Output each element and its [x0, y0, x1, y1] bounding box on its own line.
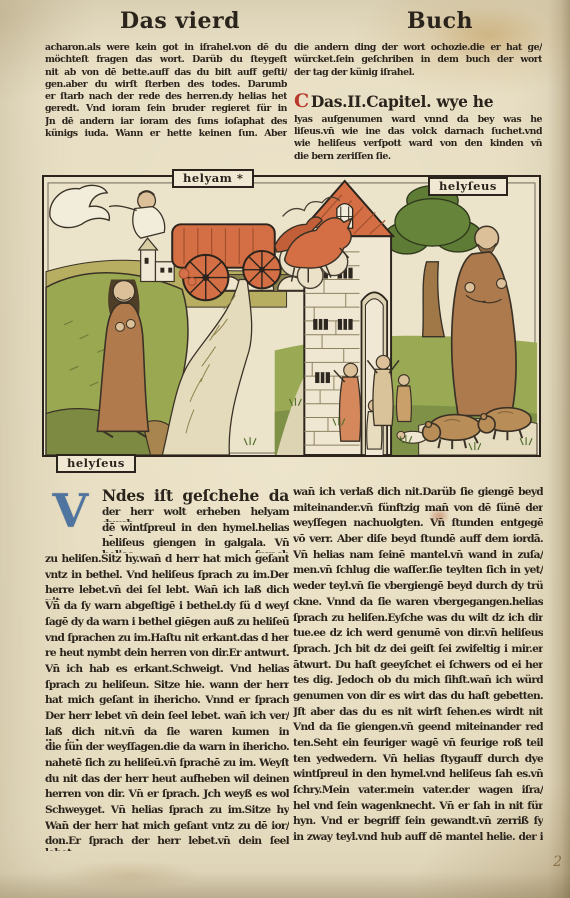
text-line: ckne. Vnnd da ſie waren vbergegangen.hel…: [293, 596, 543, 612]
text-line: re heut nymbt dein herren von dir.Er ant…: [45, 647, 289, 663]
text-line: die ſün der weyſſagen.die da warn in ihe…: [45, 741, 289, 757]
flame: [188, 278, 196, 286]
text-line: Schweyget. Vn̄ helias ſprach zu im.Sitze…: [45, 804, 289, 820]
text-line: herre lebet.vn̄ dei ſel lebt. Wan̄ ich l…: [45, 584, 289, 600]
text-line: Vnd da ſie giengen.vn̄ geend miteinander…: [293, 721, 543, 737]
text-line: nit ab von dē bette.auff das du biſt auf…: [45, 67, 287, 79]
text-line: der tag der künig iſrahel.: [294, 67, 542, 79]
bottom-left-text-column: V Ndes iſt geſchehe da der herr wolt erh…: [45, 486, 289, 851]
text-line: laß dich nit.vn̄ da ſie waren kumen in i…: [45, 726, 289, 742]
text-line: Vn̄ helias nam ſeinē mantel.vn̄ wand in …: [293, 549, 543, 565]
text-line: ſprach. Jch bit dz dei geiſt ſei zwifelt…: [293, 643, 543, 659]
text-line: künigs iuda. Wann er hette keinen ſun. A…: [45, 128, 287, 140]
woodcut-frame: [42, 175, 541, 457]
woodcut-illustration: [44, 177, 539, 455]
text-line: weyſſegen nachuolgten. Vn̄ ſtunden entge…: [293, 517, 543, 533]
top-right-text-column: die andern ding der wort ochozie.die er …: [294, 42, 542, 163]
text-line: tue.ee dz ich werd genumē von dir.vn̄ he…: [293, 627, 543, 643]
text-line: gen.aber du wirſt ſterben des todes. Dar…: [45, 79, 287, 91]
text-line: Jn dē andern iar ioram des ſuns ioſaphat…: [45, 116, 287, 128]
text-line: geredt. Vnd ioram ſein bruder regieret f…: [45, 103, 287, 115]
text-line: vō verr. Aber diſe beyd ſtundē auff dem …: [293, 533, 543, 549]
text-line: men.vn̄ ſchlug die waſſer.ſie teylten ſi…: [293, 564, 543, 580]
text-line: Vn̄ ich hab es erkant.Schweigt. Vnd heli…: [45, 663, 289, 679]
label-banner-helyseus-top: helyſeus: [428, 177, 508, 196]
text-line: dē wintſpreul in den hymel.helias vn̄: [102, 522, 289, 538]
text-line: vntz in bethel. Vnd heliſeus ſprach zu i…: [45, 569, 289, 585]
text-line: wie heliſeus verſpott ward von den kinde…: [294, 138, 542, 150]
text-line: wintſpreul in den hymel.vnd heliſeus ſah…: [293, 768, 543, 784]
label-banner-helyam: helyam *: [172, 169, 254, 188]
book-page: Das vierd Buch acharon.als were kein got…: [0, 0, 570, 898]
lombard-initial: V: [45, 488, 95, 538]
text-line: herren von dir. Vn̄ er ſprach. Jch weyß …: [45, 788, 289, 804]
bottom-right-text-column: wan̄ ich verlaß dich nit.Darüb ſie gieng…: [293, 486, 543, 847]
text-line: weder teyl.vn̄ ſie vbergiengē beyd durch…: [293, 580, 543, 596]
text-line: hel vnd ſein wagenknecht. Vn̄ er ſah in …: [293, 800, 543, 816]
text-line: heliſeus giengen in galgala. Vn̄ helias …: [102, 537, 289, 553]
text-line: zu heliſen.Sitz hy.wan̄ d herr hat mich …: [45, 553, 289, 569]
text-line: liſeus.vn̄ wie ine das volck darnach ſuc…: [294, 126, 542, 138]
text-line: wan̄ ich verlaß dich nit.Darüb ſie gieng…: [293, 486, 543, 502]
text-line: Jſt aber das du es nit wirſt ſehen.es wi…: [293, 706, 543, 722]
top-left-text-column: acharon.als were kein got in iſrahel.von…: [45, 42, 287, 140]
text-line: ſagē dy da warn i bethel giēgen auß zu h…: [45, 616, 289, 632]
text-line: du nit das der herr heut aufheben wil de…: [45, 773, 289, 789]
incipit-line: Ndes iſt geſchehe da: [102, 486, 289, 506]
text-line: ten.Seht ein feuriger wagē vn̄ feurige r…: [293, 737, 543, 753]
flame: [179, 269, 189, 279]
text-line: hat mich geſant in ihericho. Vnnd er ſpr…: [45, 694, 289, 710]
page-edge-shadow: [548, 0, 570, 898]
running-title-right: Buch: [385, 8, 495, 34]
text-line: der herr wolt erheben helyam durch: [102, 506, 289, 522]
text-line: tes dig. Jedoch ob du mich ſihſt.wan̄ ic…: [293, 674, 543, 690]
text-line: Vn̄ da ſy warn abgeſtigē i bethel.dy ſü …: [45, 600, 289, 616]
text-line: ten yedwedern. Vn̄ helias ſtygauff durch…: [293, 753, 543, 769]
text-line: Der herr lebet vn̄ dein ſeel lebet. wan̄…: [45, 710, 289, 726]
text-line: Wan̄ der herr hat mich geſant vntz zu dē…: [45, 820, 289, 836]
text-line: möchteſt fragen das wort. Darüb du ſteyg…: [45, 54, 287, 66]
text-line: ſprach zu heliſen.Eyſche was du wilt dz …: [293, 612, 543, 628]
text-line: ātwurt. Du haſt geeyſchet ei ſchwers od …: [293, 659, 543, 675]
text-line: die bern zeriſſen ſie.: [294, 151, 542, 163]
rubric-capitulum-mark: C: [294, 90, 309, 112]
label-banner-helyseus-bottom: helyſeus: [56, 454, 136, 473]
text-line: miteinander.vn̄ fünftzig man̄ von dē ſün…: [293, 502, 543, 518]
chapter-heading-text: Das.II.Capitel. wye he: [311, 92, 493, 111]
text-line: vnd ſprachen zu im.Haſtu nit erkant.das …: [45, 632, 289, 648]
running-title-left: Das vierd: [105, 8, 255, 34]
text-line: lyas aufgenumen ward vnnd da bey was he: [294, 114, 542, 126]
text-line: die andern ding der wort ochozie.die er …: [294, 42, 542, 54]
text-line: don.Er ſprach der herr lebet.vn̄ dein ſe…: [45, 835, 289, 851]
chapter-heading: CDas.II.Capitel. wye he: [294, 90, 542, 114]
text-line: ſchry.Mein vater.mein vater.der wagen iſ…: [293, 784, 543, 800]
handwritten-folio-number: 2: [553, 854, 562, 870]
text-line: acharon.als were kein got in iſrahel.von…: [45, 42, 287, 54]
text-line: in zway teyl.vnd hub auff dē mantel heli…: [293, 831, 543, 847]
text-line: würcket.ſein geſchriben in dem buch der …: [294, 54, 542, 66]
text-line: er ſtarb nach der rede des herren.dy hel…: [45, 91, 287, 103]
text-line: hyn. Vnd er begriff ſein gewandt.vn̄ zer…: [293, 815, 543, 831]
text-line: nahetē ſich zu heliſeū.vn̄ ſprachē zu im…: [45, 757, 289, 773]
text-line: ſprach zu heliſeun. Sitze hie. wann der …: [45, 679, 289, 695]
text-line: genumen von dir es wirt das du haſt gebe…: [293, 690, 543, 706]
page-bottom-shadow: [0, 872, 570, 898]
